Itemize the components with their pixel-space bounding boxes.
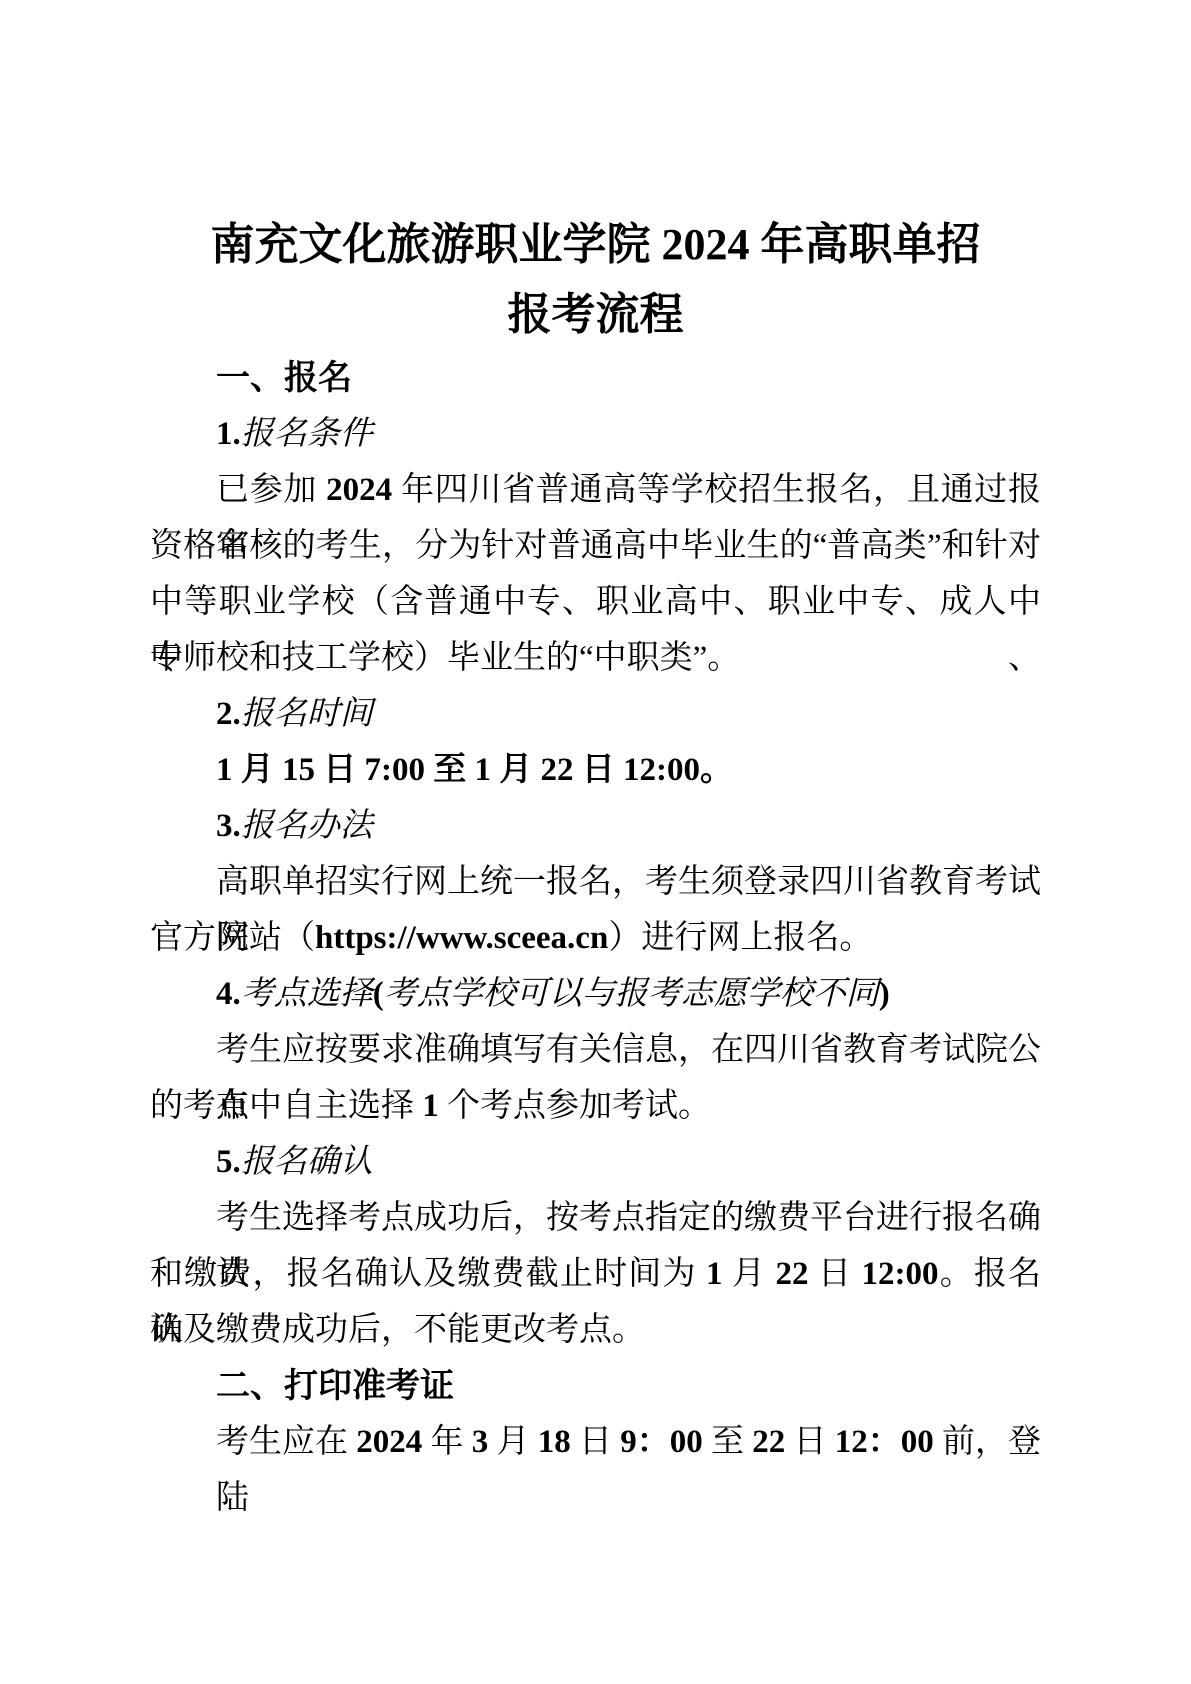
paragraph-line: 中等职业学校（含普通中专、职业高中、职业中专、成人中专、 xyxy=(150,574,1041,630)
text-run: 7:00 xyxy=(365,752,426,788)
text-run: 至 xyxy=(425,752,475,788)
text-run: 南充文化旅游职业学院 xyxy=(211,220,662,269)
text-run: 一、报名 xyxy=(216,359,352,397)
text-run: 官方网站（ xyxy=(150,920,315,956)
text-run: 认及缴费成功后，不能更改考点。 xyxy=(150,1312,645,1348)
text-run: 和缴费，报名确认及缴费截止时间为 xyxy=(150,1256,706,1292)
text-run: 22 xyxy=(776,1256,809,1292)
text-run: 资格审核的考生，分为针对普通高中毕业生的“普高类”和针对 xyxy=(150,528,1041,564)
text-run: ( xyxy=(373,976,384,1012)
section-heading-1: 一、报名 xyxy=(150,350,1041,406)
text-run: 已参加 xyxy=(216,472,326,508)
text-run: 考点选择 xyxy=(241,976,373,1012)
text-run: ) xyxy=(879,976,890,1012)
paragraph-line: 认及缴费成功后，不能更改考点。 xyxy=(150,1302,1041,1358)
text-run: 报考流程 xyxy=(508,290,684,339)
text-run: 3 xyxy=(472,1424,489,1460)
text-run: 2024 xyxy=(662,220,750,269)
text-run: 1. xyxy=(216,416,241,452)
subsection-heading-1-4: 4.考点选择(考点学校可以与报考志愿学校不同) xyxy=(150,966,1041,1022)
text-run: 。 xyxy=(700,752,733,788)
document-page: 南充文化旅游职业学院 2024 年高职单招报考流程一、报名1.报名条件已参加 2… xyxy=(0,0,1191,1684)
text-run: 个考点参加考试。 xyxy=(439,1088,711,1124)
text-run: 月 xyxy=(488,1424,538,1460)
paragraph-line: 考生应按要求准确填写有关信息，在四川省教育考试院公布 xyxy=(150,1022,1041,1078)
text-run: 年高职单招 xyxy=(750,220,981,269)
text-run: 报名办法 xyxy=(241,808,373,844)
text-run: 15 xyxy=(282,752,315,788)
subsection-heading-1-1: 1.报名条件 xyxy=(150,406,1041,462)
text-run: 2024 xyxy=(326,472,392,508)
paragraph-line: 考生选择考点成功后，按考点指定的缴费平台进行报名确认 xyxy=(150,1190,1041,1246)
text-run: 二、打印准考证 xyxy=(216,1367,454,1405)
text-run: 月 xyxy=(491,752,541,788)
text-run: 年 xyxy=(422,1424,472,1460)
paragraph-line: 的考点中自主选择 1 个考点参加考试。 xyxy=(150,1078,1041,1134)
text-run: ）进行网上报名。 xyxy=(608,920,872,956)
subsection-heading-1-3: 3.报名办法 xyxy=(150,798,1041,854)
text-run: 1 xyxy=(422,1088,439,1124)
paragraph-line: 已参加 2024 年四川省普通高等学校招生报名，且通过报名 xyxy=(150,462,1041,518)
paragraph-line: 高职单招实行网上统一报名，考生须登录四川省教育考试院 xyxy=(150,854,1041,910)
text-run: 考点学校可以与报考志愿学校不同 xyxy=(384,976,879,1012)
paragraph-line: 考生应在 2024 年 3 月 18 日 9：00 至 22 日 12：00 前… xyxy=(150,1414,1041,1470)
text-run: 22 xyxy=(541,752,574,788)
text-run: 日 xyxy=(571,1424,621,1460)
text-run: 日 xyxy=(574,752,624,788)
text-run: 12:00 xyxy=(862,1256,939,1292)
text-run: 2. xyxy=(216,696,241,732)
text-run: 日 xyxy=(315,752,365,788)
text-run: 报名条件 xyxy=(241,416,373,452)
text-run: 至 xyxy=(703,1424,753,1460)
text-run: 月 xyxy=(233,752,283,788)
text-run: 18 xyxy=(538,1424,571,1460)
text-run: 考生应在 xyxy=(216,1424,356,1460)
text-run: 9：00 xyxy=(620,1424,703,1460)
text-run: 中师校和技工学校）毕业生的“中职类”。 xyxy=(150,640,740,676)
text-run: 12：00 xyxy=(835,1424,934,1460)
text-run: 报名确认 xyxy=(241,1144,373,1180)
text-run: 5. xyxy=(216,1144,241,1180)
paragraph-line: 和缴费，报名确认及缴费截止时间为 1 月 22 日 12:00。报名确 xyxy=(150,1246,1041,1302)
text-run: 2024 xyxy=(356,1424,422,1460)
text-run: 12:00 xyxy=(623,752,700,788)
section-heading-2: 二、打印准考证 xyxy=(150,1358,1041,1414)
url-text: https://www.sceea.cn xyxy=(315,920,608,956)
text-run: 1 xyxy=(475,752,492,788)
document-body: 南充文化旅游职业学院 2024 年高职单招报考流程一、报名1.报名条件已参加 2… xyxy=(150,210,1041,1470)
text-run: 4. xyxy=(216,976,241,1012)
text-run: 1 xyxy=(216,752,233,788)
subsection-heading-1-5: 5.报名确认 xyxy=(150,1134,1041,1190)
paragraph-line: 资格审核的考生，分为针对普通高中毕业生的“普高类”和针对 xyxy=(150,518,1041,574)
text-run: 月 xyxy=(723,1256,776,1292)
text-run: 日 xyxy=(809,1256,862,1292)
text-run: 22 xyxy=(752,1424,785,1460)
text-run: 日 xyxy=(785,1424,835,1460)
document-title-line-1: 南充文化旅游职业学院 2024 年高职单招 xyxy=(150,210,1041,280)
text-run: 报名时间 xyxy=(241,696,373,732)
text-run: 的考点中自主选择 xyxy=(150,1088,422,1124)
text-run: 3. xyxy=(216,808,241,844)
paragraph-line: 官方网站（https://www.sceea.cn）进行网上报名。 xyxy=(150,910,1041,966)
text-run: 1 xyxy=(706,1256,723,1292)
paragraph-line-date: 1 月 15 日 7:00 至 1 月 22 日 12:00。 xyxy=(150,742,1041,798)
subsection-heading-1-2: 2.报名时间 xyxy=(150,686,1041,742)
document-title-line-2: 报考流程 xyxy=(150,280,1041,350)
